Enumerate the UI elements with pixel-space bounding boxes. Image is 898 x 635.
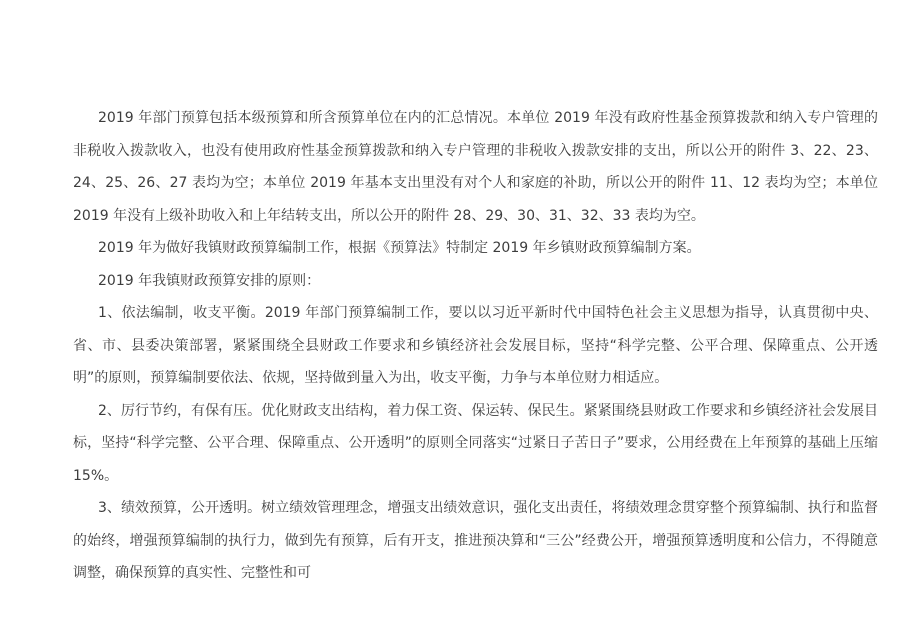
paragraph-principle-3: 3、绩效预算，公开透明。树立绩效管理理念，增强支出绩效意识，强化支出责任，将绩效… <box>73 492 878 590</box>
paragraph-principles-heading: 2019 年我镇财政预算安排的原则： <box>73 265 878 298</box>
document-page: 2019 年部门预算包括本级预算和所含预算单位在内的汇总情况。本单位 2019 … <box>0 0 898 635</box>
paragraph-principle-2: 2、厉行节约，有保有压。优化财政支出结构，着力保工资、保运转、保民生。紧紧围绕县… <box>73 395 878 493</box>
paragraph-budget-scope: 2019 年部门预算包括本级预算和所含预算单位在内的汇总情况。本单位 2019 … <box>73 102 878 232</box>
paragraph-principle-1: 1、依法编制，收支平衡。2019 年部门预算编制工作，要以以习近平新时代中国特色… <box>73 297 878 395</box>
document-content: 2019 年部门预算包括本级预算和所含预算单位在内的汇总情况。本单位 2019 … <box>73 102 878 590</box>
paragraph-plan-basis: 2019 年为做好我镇财政预算编制工作，根据《预算法》特制定 2019 年乡镇财… <box>73 232 878 265</box>
